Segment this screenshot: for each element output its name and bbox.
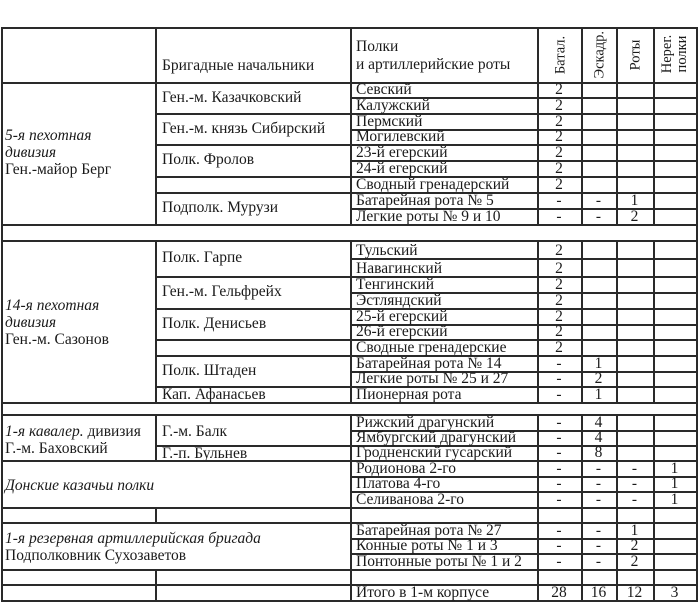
unit-name: Конные роты № 1 и 3 <box>356 538 498 554</box>
brigade-chief: Г.-м. Балк <box>162 424 227 440</box>
unit-name: Тульский <box>356 243 418 259</box>
value-bat: 2 <box>547 177 571 193</box>
total-bat: 28 <box>547 585 571 601</box>
unit-name: Легкие роты № 25 и 27 <box>356 371 508 387</box>
total-ner: 3 <box>663 585 687 601</box>
value-bat: 2 <box>547 261 571 277</box>
value-bat: 2 <box>547 340 571 356</box>
unit-name: Навагинский <box>356 261 442 277</box>
value-esk: - <box>587 476 611 492</box>
unit-name: Легкие роты № 9 и 10 <box>356 209 501 225</box>
rule <box>537 522 539 571</box>
rule <box>155 414 157 462</box>
header-units-line1: Полки <box>356 38 398 56</box>
value-bat: - <box>547 209 571 225</box>
total-label: Итого в 1-м корпусе <box>356 585 489 601</box>
unit-name: Селиванова 2-го <box>356 492 464 508</box>
brigade-commander: Подполковник Сухозаветов <box>5 547 186 564</box>
rule <box>155 355 352 357</box>
division-commander: Ген.-м. Сазонов <box>5 331 109 348</box>
rule <box>696 522 698 571</box>
unit-name: Пионерная рота <box>356 387 461 403</box>
value-esk: - <box>587 193 611 209</box>
rule <box>155 27 157 84</box>
division-title: 1-я кавалер. <box>5 423 84 440</box>
rule <box>1 27 3 84</box>
header-units-line2: и артиллерийские роты <box>356 56 510 74</box>
rule <box>155 144 352 146</box>
value-bat: - <box>547 492 571 508</box>
order-of-battle-table: Бригадные начальникиПолкии артиллерийски… <box>0 0 700 609</box>
division-title-suffix: дивизия <box>84 423 141 440</box>
rule <box>696 460 698 509</box>
rule <box>616 414 618 462</box>
rule <box>653 82 655 226</box>
value-esk: 1 <box>587 387 611 403</box>
unit-name: Гродненский гусарский <box>356 445 512 461</box>
value-bat: 2 <box>547 129 571 145</box>
unit-name: Эстляндский <box>356 293 442 309</box>
rule <box>581 460 583 509</box>
division-commander: Г.-м. Баховский <box>5 440 108 457</box>
value-rot: - <box>623 492 647 508</box>
rule <box>350 82 352 226</box>
rule <box>1 460 3 509</box>
rule <box>581 240 583 404</box>
value-bat: 2 <box>547 277 571 293</box>
rule <box>1 402 698 404</box>
value-rot: 2 <box>623 538 647 554</box>
rule <box>696 240 698 404</box>
rule <box>581 27 583 84</box>
brigade-chief: Ген.-м. Гельфрейх <box>162 284 282 300</box>
division-title: дивизия <box>5 144 56 161</box>
rule <box>537 414 539 462</box>
value-bat: - <box>547 371 571 387</box>
value-esk: - <box>587 492 611 508</box>
rule <box>155 240 157 404</box>
rule <box>653 240 655 404</box>
value-rot: 1 <box>623 193 647 209</box>
rule <box>155 339 352 341</box>
value-bat: 2 <box>547 293 571 309</box>
rule <box>616 522 618 571</box>
unit-name: 23-й егерский <box>356 145 448 161</box>
value-bat: - <box>547 445 571 461</box>
value-bat: 2 <box>547 98 571 114</box>
rule <box>350 240 352 404</box>
rule <box>653 27 655 84</box>
rule <box>1 240 3 404</box>
rule <box>1 414 3 462</box>
brigade-chief: Полк. Денисьев <box>162 316 266 332</box>
brigade-title: 1-я резервная артиллерийская бригада <box>5 530 261 547</box>
rule <box>581 414 583 462</box>
division-commander: Ген.-майор Берг <box>5 161 111 178</box>
header-irregular-line2: полки <box>675 29 690 79</box>
rule <box>696 82 698 226</box>
rule <box>581 522 583 571</box>
value-ner: 1 <box>663 492 687 508</box>
rule <box>537 240 539 404</box>
value-bat: - <box>547 476 571 492</box>
rule <box>537 27 539 84</box>
division-title: 5-я пехотная <box>5 127 92 144</box>
division-title: дивизия <box>5 314 56 331</box>
value-bat: - <box>547 193 571 209</box>
rule <box>155 192 352 194</box>
rule <box>537 460 539 509</box>
rule <box>155 308 352 310</box>
unit-name: Могилевский <box>356 129 445 145</box>
division-14th-infantry: 14-я пехотнаядивизияГен.-м. Сазонов <box>5 297 109 348</box>
rule <box>653 460 655 509</box>
value-bat: 2 <box>547 243 571 259</box>
rule <box>155 82 157 226</box>
rule <box>696 27 698 84</box>
header-brigade-chiefs: Бригадные начальники <box>162 57 314 75</box>
value-rot: 2 <box>623 554 647 570</box>
rule <box>155 113 352 115</box>
unit-name: Калужский <box>356 98 430 114</box>
reserve-artillery-brigade: 1-я резервная артиллерийская бригадаПодп… <box>5 530 261 564</box>
value-ner: 1 <box>663 476 687 492</box>
total-rot: 12 <box>623 585 647 601</box>
rule <box>350 460 352 509</box>
rule <box>653 414 655 462</box>
value-bat: - <box>547 387 571 403</box>
division-1st-cavalry: 1-я кавалер. дивизияГ.-м. Баховский <box>5 423 141 457</box>
brigade-chief: Полк. Гарпе <box>162 250 242 266</box>
value-esk: - <box>587 554 611 570</box>
rule <box>616 27 618 84</box>
value-esk: 8 <box>587 445 611 461</box>
rule <box>350 414 352 462</box>
unit-name: Тенгинский <box>356 277 434 293</box>
division-title: 14-я пехотная <box>5 297 99 314</box>
header-irregular-regiments: Нерег.полки <box>660 29 690 79</box>
rule <box>1 522 3 571</box>
unit-name: 24-й егерский <box>356 161 448 177</box>
brigade-chief: Кап. Афанасьев <box>162 387 266 403</box>
rule <box>350 522 352 571</box>
unit-name: Севский <box>356 82 412 98</box>
brigade-chief: Полк. Штаден <box>162 363 256 379</box>
unit-name: Батарейная рота № 5 <box>356 193 494 209</box>
value-esk: - <box>587 209 611 225</box>
header-irregular-line1: Нерег. <box>660 29 675 79</box>
unit-name: Платова 4-го <box>356 476 440 492</box>
value-bat: - <box>547 538 571 554</box>
value-bat: - <box>547 554 571 570</box>
rule <box>350 27 352 84</box>
rule <box>616 82 618 226</box>
header-battalions: Батал. <box>552 31 568 78</box>
brigade-chief: Подполк. Мурузи <box>162 200 278 216</box>
rule <box>1 224 698 226</box>
value-bat: 2 <box>547 161 571 177</box>
total-esk: 16 <box>587 585 611 601</box>
rule <box>155 276 352 278</box>
value-bat: 2 <box>547 82 571 98</box>
brigade-chief: Ген.-м. князь Сибирский <box>162 121 325 137</box>
rule <box>581 82 583 226</box>
rule <box>616 460 618 509</box>
division-5th-infantry: 5-я пехотнаядивизияГен.-майор Берг <box>5 127 111 178</box>
value-esk: - <box>587 538 611 554</box>
don-cossack-regiments: Донские казачьи полки <box>5 477 154 494</box>
value-rot: 2 <box>623 209 647 225</box>
rule <box>696 414 698 462</box>
rule <box>616 240 618 404</box>
value-esk: 2 <box>587 371 611 387</box>
unit-name: Понтонные роты № 1 и 2 <box>356 554 522 570</box>
header-squadrons: Эскадр. <box>592 31 608 78</box>
unit-name: 26-й егерский <box>356 324 448 340</box>
rule <box>653 522 655 571</box>
value-rot: - <box>623 476 647 492</box>
value-bat: 2 <box>547 324 571 340</box>
value-bat: 2 <box>547 145 571 161</box>
rule <box>537 82 539 226</box>
unit-name: Сводный гренадерский <box>356 177 509 193</box>
header-companies: Роты <box>628 31 644 78</box>
rule <box>155 176 352 178</box>
unit-name: Сводные гренадерские <box>356 340 506 356</box>
brigade-chief: Полк. Фролов <box>162 152 254 168</box>
rule <box>1 82 3 226</box>
brigade-chief: Ген.-м. Казачковский <box>162 90 301 106</box>
